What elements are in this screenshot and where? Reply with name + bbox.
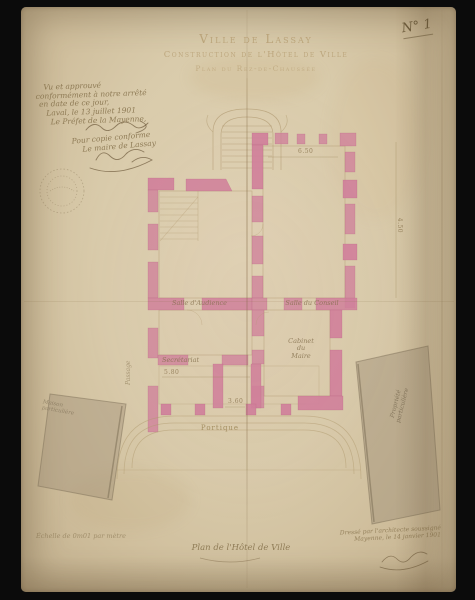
mayor-signature — [90, 149, 152, 171]
title-subtitle: Plan du Rez-de-Chaussée — [116, 65, 396, 74]
scanned-sheet: N° 1 Ville de Lassay Construction de l'H… — [0, 0, 475, 600]
room-label-mayor-office: Cabinet du Maire — [276, 338, 326, 360]
masonry-walls — [148, 133, 357, 432]
mayor-office-line: Maire — [276, 353, 326, 360]
caption-flourish — [200, 558, 260, 562]
room-label-portico: Portique — [185, 424, 255, 432]
neighbor-building-right — [356, 346, 440, 524]
plan-caption: Plan de l'Hôtel de Ville — [176, 544, 306, 554]
dimension-right-depth: 4.50 — [395, 218, 402, 233]
title-project: Construction de l'Hôtel de Ville — [116, 51, 396, 61]
dimension-secretariat-width: 5.80 — [164, 370, 179, 377]
dimension-council-width: 6.50 — [298, 149, 313, 156]
room-label-passage: Passage — [126, 361, 133, 385]
embossed-stamp — [40, 169, 84, 213]
approval-note: Vu et approuvé conformément à notre arrê… — [35, 80, 147, 127]
title-city: Ville de Lassay — [116, 33, 396, 47]
interior-staircase — [160, 191, 198, 241]
scale-note: Échelle de 0m01 par mètre — [36, 533, 126, 540]
room-label-hall: Salle d'Audience — [152, 300, 247, 307]
room-label-council: Salle du Conseil — [272, 300, 352, 307]
dimension-portico-bay: 3.60 — [228, 399, 243, 406]
room-label-secretariat: Secrétariat — [162, 357, 199, 364]
architect-signature — [380, 552, 428, 570]
